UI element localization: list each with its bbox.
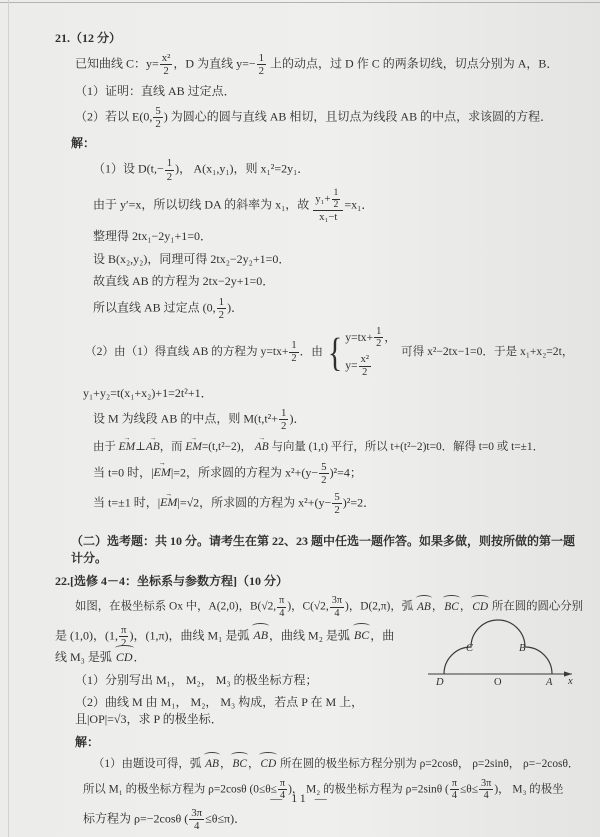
question-21-part-2: （2）若以 E(0,52) 为圆心的圆与直线 AB 相切，且切点为线段 AB 的…	[75, 105, 584, 130]
diagram-label-A: A	[546, 675, 552, 690]
question-22-solve-label: 解：	[75, 734, 584, 751]
page-number: — 11 —	[0, 790, 600, 807]
solution-step: 当 t=±1 时，|EM|=√2，所求圆的方程为 x²+(y−52)²=2．	[93, 491, 584, 516]
selective-section-header: （二）选考题：共 10 分。请考生在第 22、23 题中任选一题作答。如果多做，…	[71, 533, 584, 568]
system-brace: {	[328, 334, 342, 370]
solution-step: 由于 y′=x，所以切线 DA 的斜率为 x₁，故 y₁+12x₁−t=x₁．	[93, 188, 584, 224]
scan-edge-top	[0, 2, 600, 3]
solution-step: 整理得 2tx₁−2y₁+1=0．	[93, 228, 584, 245]
solution-step: 所以直线 AB 过定点 (0,12)．	[93, 296, 584, 321]
question-21-stem: 已知曲线 C：y=x²2，D 为直线 y=−12 上的动点，过 D 作 C 的两…	[75, 52, 584, 77]
system-equations: y=tx+12， y=x²2	[345, 326, 396, 379]
equation-system: { y=tx+12， y=x²2	[328, 326, 396, 379]
solution-step: （1）由题设可得，弧 AB，BC，CD 所在圆的极坐标方程分别为 ρ=2cosθ…	[93, 756, 584, 773]
question-21-part-1: （1）证明：直线 AB 过定点．	[75, 83, 584, 100]
solution-step-equation-system: （2）由（1）得直线 AB 的方程为 y=tx+12．由 { y=tx+12， …	[85, 326, 592, 379]
system-equation-2: y=x²2	[345, 354, 372, 378]
diagram-label-C: C	[466, 641, 473, 656]
exam-solutions-page: 21.（12 分） 已知曲线 C：y=x²2，D 为直线 y=−12 上的动点，…	[0, 0, 600, 837]
solution-step: 当 t=0 时，|EM|=2，所求圆的方程为 x²+(y−52)²=4；	[93, 461, 584, 486]
scan-edge-left	[8, 0, 9, 837]
solution-step: 故直线 AB 的方程为 2tx−2y+1=0．	[93, 273, 584, 290]
polar-coordinate-diagram: D O A x C B	[416, 612, 584, 698]
question-21: 21.（12 分） 已知曲线 C：y=x²2，D 为直线 y=−12 上的动点，…	[55, 30, 584, 516]
solution-step: 设 B(x₂,y₂)，同理可得 2tx₂−2y₂+1=0．	[93, 251, 584, 268]
system-prefix: （2）由（1）得直线 AB 的方程为 y=tx+12．由	[85, 340, 323, 364]
solution-step: 设 M 为线段 AB 的中点，则 M(t,t²+12)．	[93, 407, 584, 432]
system-suffix: 可得 x²−2tx−1=0．于是 x₁+x₂=2t，	[401, 344, 573, 361]
diagram-label-B: B	[519, 641, 525, 656]
question-22-part-2: （2）曲线 M 由 M₁， M₂， M₃ 构成，若点 P 在 M 上，且|OP|…	[75, 694, 584, 729]
diagram-label-x-axis: x	[568, 674, 573, 689]
system-equation-1: y=tx+12，	[345, 326, 396, 350]
three-arc-curve	[444, 620, 552, 674]
question-22-number: 22.[选修 4－4：坐标系与参数方程]（10 分）	[55, 573, 584, 590]
solution-step: 标方程为 ρ=−2cosθ (3π4≤θ≤π)．	[83, 807, 584, 832]
question-21-number: 21.（12 分）	[55, 30, 584, 47]
section-spacer	[55, 521, 584, 533]
diagram-label-O: O	[494, 675, 502, 690]
solution-step: y₁+y₂=t(x₁+x₂)+1=2t²+1．	[83, 385, 584, 402]
solution-step: （1）设 D(t,−12)， A(x₁,y₁)，则 x₁²=2y₁．	[93, 157, 584, 182]
solution-step: 由于 EM⊥AB，而 EM=(t,t²−2)， AB 与向量 (1,t) 平行，…	[93, 437, 584, 456]
question-21-solve-label: 解：	[71, 135, 584, 152]
diagram-label-D: D	[436, 675, 444, 690]
